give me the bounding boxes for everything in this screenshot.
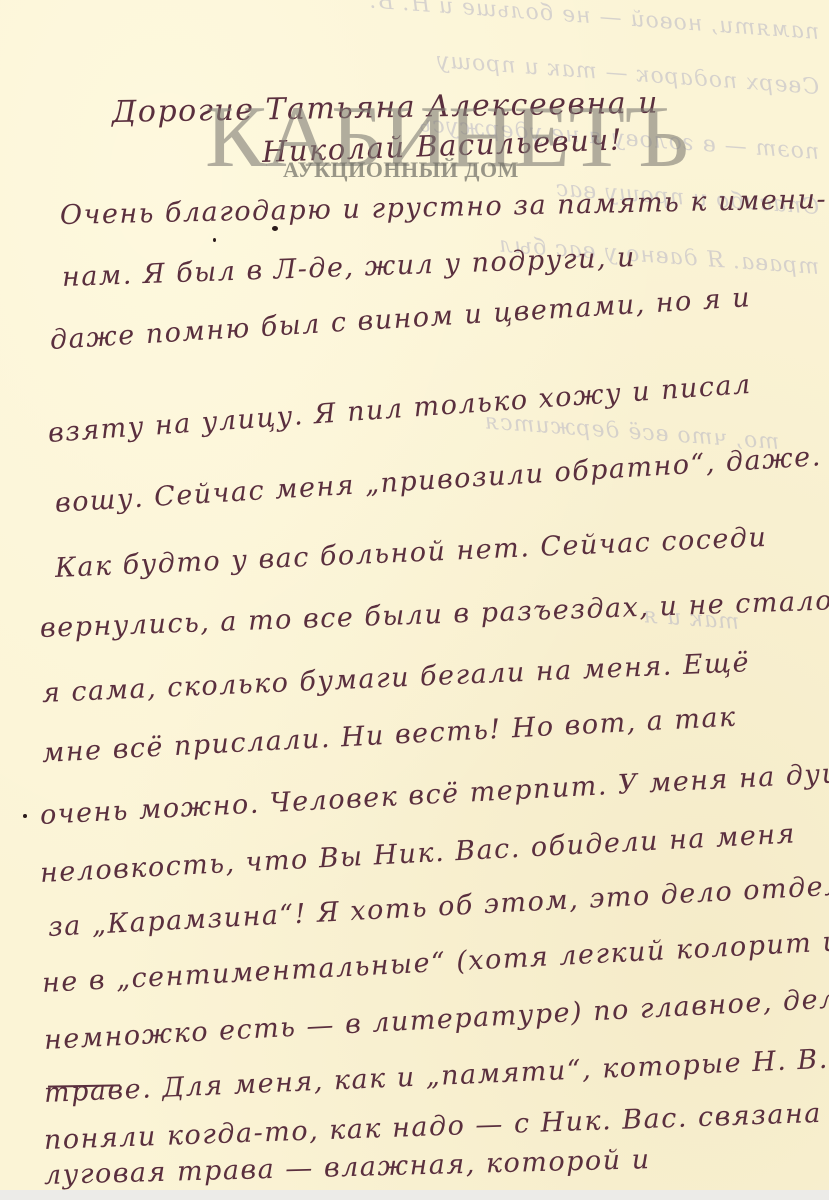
letter-line: даже помню был с вином и цветами, но я и	[49, 282, 752, 356]
ink-speck	[272, 226, 278, 231]
letter-line: Очень благодарю и грустно за память к им…	[60, 184, 828, 231]
scan-border	[0, 1190, 829, 1200]
letter-line: очень можно. Человек всё терпит. У меня …	[39, 757, 829, 831]
letter-line: вернулись, а то все были в разъездах, и …	[39, 585, 829, 644]
letter-line: Как будто у вас больной нет. Сейчас сосе…	[54, 522, 768, 584]
letter-line: вошу. Сейчас меня „привозили обратно“, д…	[54, 441, 823, 519]
bleed-through-line: памяти, новой — не больше и Н. В.	[368, 0, 820, 45]
letter-paper: памяти, новой — не больше и Н. В. Сверх …	[0, 0, 829, 1190]
letter-line: поняли когда-то, как надо — с Ник. Вас. …	[43, 1098, 822, 1156]
salutation-line-2: Николай Васильевич!	[261, 122, 623, 169]
ink-speck	[23, 814, 27, 818]
letter-line: я сама, сколько бумаги бегали на меня. Е…	[41, 647, 750, 709]
ink-speck	[213, 238, 216, 242]
letter-line: мне всё прислали. Ни весть! Но вот, а та…	[41, 702, 737, 769]
letter-line: нам. Я был в Л-де, жил у подруги, и	[61, 242, 636, 293]
letter-line: траве. Для меня, как и „памяти“, которые…	[43, 1044, 829, 1109]
